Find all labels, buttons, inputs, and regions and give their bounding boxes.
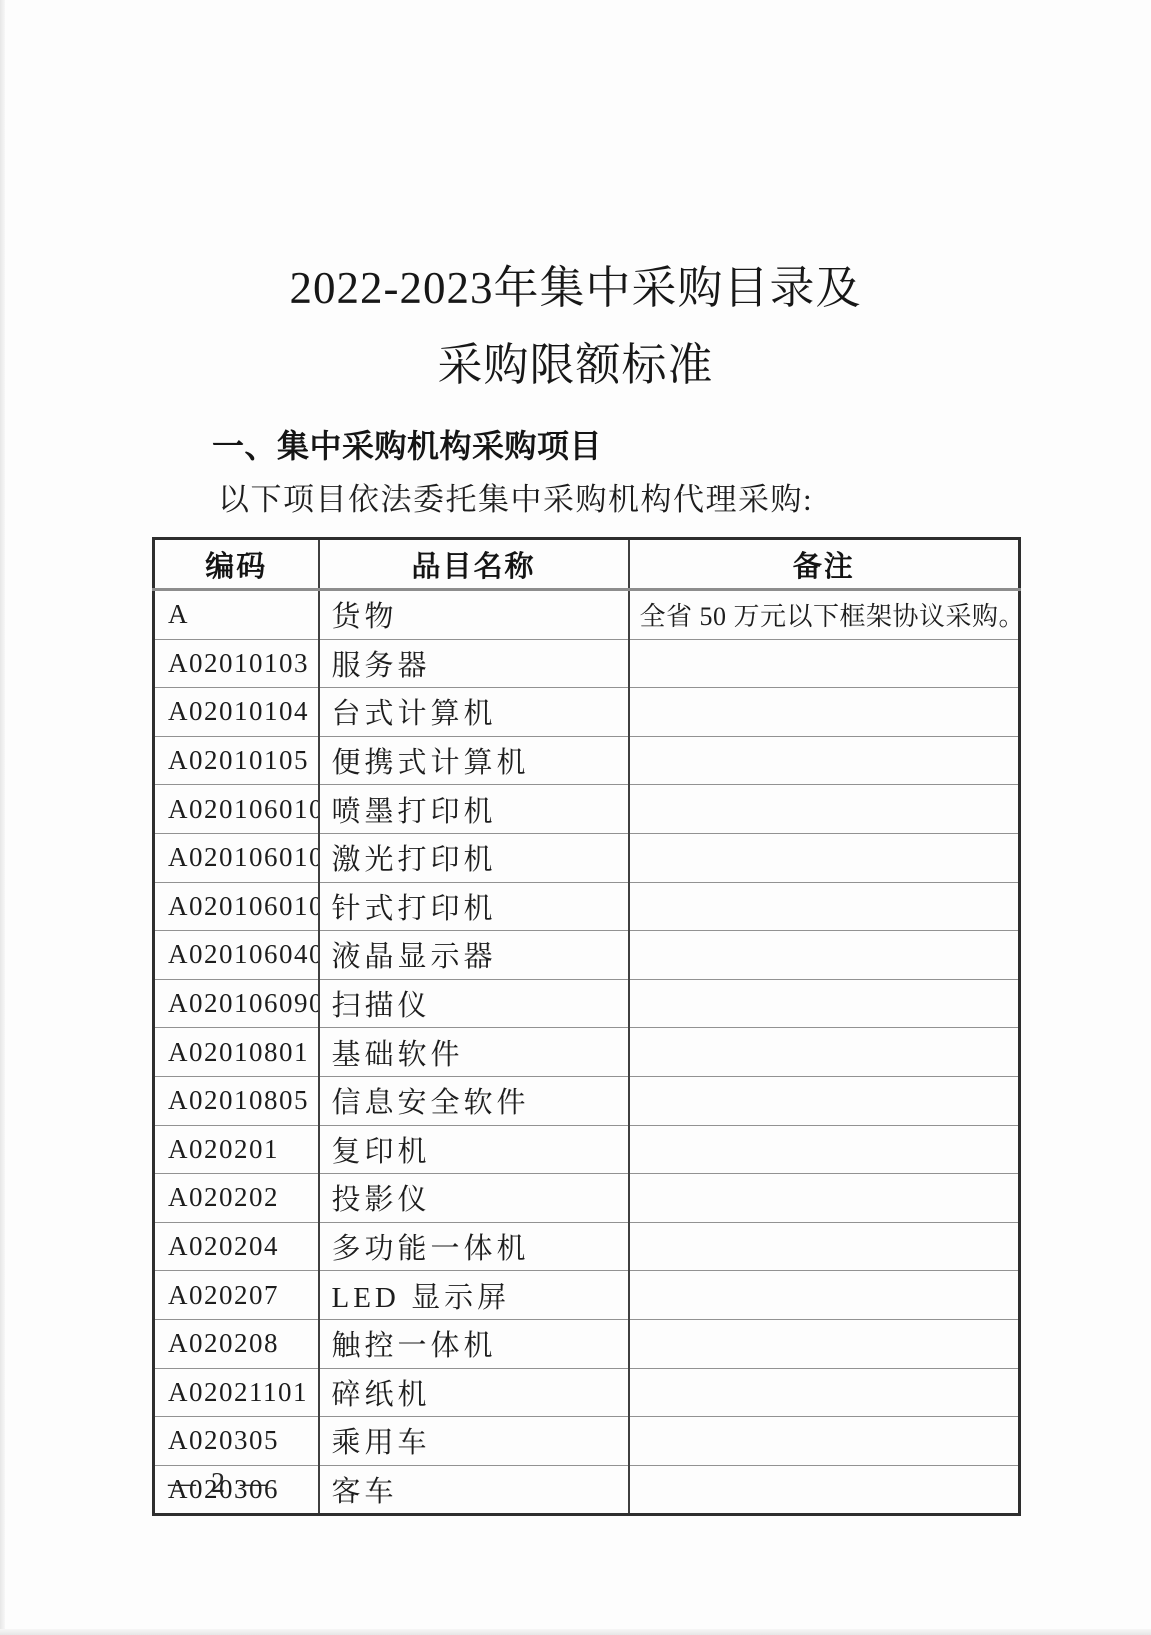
cell-remark <box>629 1417 1020 1466</box>
column-header-code: 编码 <box>154 539 319 590</box>
cell-remark <box>629 1368 1020 1417</box>
cell-remark <box>629 1125 1020 1174</box>
document-title-line1: 2022-2023年集中采购目录及 <box>0 250 1151 327</box>
cell-name: 触控一体机 <box>319 1319 629 1368</box>
table-row: A020305乘用车 <box>154 1417 1020 1466</box>
cell-code: A0201060104 <box>154 882 319 931</box>
table-row: A货物全省 50 万元以下框架协议采购。 <box>154 590 1020 640</box>
cell-name: 多功能一体机 <box>319 1222 629 1271</box>
table-row: A02021101碎纸机 <box>154 1368 1020 1417</box>
table-row: A020208触控一体机 <box>154 1319 1020 1368</box>
table-row: A020207LED 显示屏 <box>154 1271 1020 1320</box>
cell-name: 基础软件 <box>319 1028 629 1077</box>
cell-remark <box>629 1271 1020 1320</box>
page-edge-left <box>0 0 5 1635</box>
table-row: A020306客车 <box>154 1465 1020 1515</box>
cell-name: 乘用车 <box>319 1417 629 1466</box>
cell-remark <box>629 688 1020 737</box>
section-heading: 一、集中采购机构采购项目 <box>212 426 602 466</box>
table-row: A02010104台式计算机 <box>154 688 1020 737</box>
cell-remark <box>629 639 1020 688</box>
cell-name: LED 显示屏 <box>319 1271 629 1320</box>
table-row: A020202投影仪 <box>154 1174 1020 1223</box>
cell-name: 激光打印机 <box>319 833 629 882</box>
document-title-line2: 采购限额标准 <box>0 327 1151 404</box>
table-row: A02010103服务器 <box>154 639 1020 688</box>
cell-code: A02010103 <box>154 639 319 688</box>
cell-name: 碎纸机 <box>319 1368 629 1417</box>
table-row: A02010805信息安全软件 <box>154 1076 1020 1125</box>
cell-remark <box>629 736 1020 785</box>
cell-remark <box>629 1076 1020 1125</box>
cell-code: A020204 <box>154 1222 319 1271</box>
table-row: A02010105便携式计算机 <box>154 736 1020 785</box>
table-row: A0201060401液晶显示器 <box>154 931 1020 980</box>
cell-code: A0201060102 <box>154 833 319 882</box>
cell-code: A020305 <box>154 1417 319 1466</box>
column-header-name: 品目名称 <box>319 539 629 590</box>
table-row: A0201060101喷墨打印机 <box>154 785 1020 834</box>
cell-remark <box>629 1465 1020 1515</box>
procurement-catalog-table: 编码 品目名称 备注 A货物全省 50 万元以下框架协议采购。A02010103… <box>152 537 1021 1516</box>
cell-remark <box>629 1319 1020 1368</box>
cell-code: A02021101 <box>154 1368 319 1417</box>
table-row: A020201复印机 <box>154 1125 1020 1174</box>
cell-code: A02010801 <box>154 1028 319 1077</box>
cell-remark <box>629 979 1020 1028</box>
cell-name: 扫描仪 <box>319 979 629 1028</box>
cell-code: A020208 <box>154 1319 319 1368</box>
cell-remark <box>629 785 1020 834</box>
cell-remark <box>629 1222 1020 1271</box>
cell-code: A0201060901 <box>154 979 319 1028</box>
cell-name: 喷墨打印机 <box>319 785 629 834</box>
cell-code: A02010104 <box>154 688 319 737</box>
cell-name: 客车 <box>319 1465 629 1515</box>
cell-name: 针式打印机 <box>319 882 629 931</box>
cell-code: A0201060101 <box>154 785 319 834</box>
cell-code: A020201 <box>154 1125 319 1174</box>
cell-remark: 全省 50 万元以下框架协议采购。 <box>629 590 1020 640</box>
column-header-remark: 备注 <box>629 539 1020 590</box>
cell-name: 复印机 <box>319 1125 629 1174</box>
cell-code: A020202 <box>154 1174 319 1223</box>
cell-remark <box>629 833 1020 882</box>
cell-name: 货物 <box>319 590 629 640</box>
table-row: A02010801基础软件 <box>154 1028 1020 1077</box>
cell-remark <box>629 1174 1020 1223</box>
cell-remark <box>629 1028 1020 1077</box>
document-title: 2022-2023年集中采购目录及 采购限额标准 <box>0 250 1151 404</box>
cell-name: 服务器 <box>319 639 629 688</box>
cell-name: 台式计算机 <box>319 688 629 737</box>
cell-name: 液晶显示器 <box>319 931 629 980</box>
cell-code: A02010105 <box>154 736 319 785</box>
cell-code: A0201060401 <box>154 931 319 980</box>
table-row: A0201060104针式打印机 <box>154 882 1020 931</box>
cell-code: A <box>154 590 319 640</box>
cell-code: A02010805 <box>154 1076 319 1125</box>
cell-remark <box>629 931 1020 980</box>
table-row: A0201060102激光打印机 <box>154 833 1020 882</box>
cell-code: A020207 <box>154 1271 319 1320</box>
intro-text: 以下项目依法委托集中采购机构代理采购: <box>218 481 813 519</box>
document-page: 2022-2023年集中采购目录及 采购限额标准 一、集中采购机构采购项目 以下… <box>0 0 1151 1635</box>
page-number: — 2 — <box>168 1468 272 1500</box>
page-edge-bottom <box>0 1629 1151 1635</box>
cell-name: 投影仪 <box>319 1174 629 1223</box>
table-row: A020204多功能一体机 <box>154 1222 1020 1271</box>
cell-name: 信息安全软件 <box>319 1076 629 1125</box>
cell-remark <box>629 882 1020 931</box>
table-header-row: 编码 品目名称 备注 <box>154 539 1020 590</box>
cell-name: 便携式计算机 <box>319 736 629 785</box>
table-row: A0201060901扫描仪 <box>154 979 1020 1028</box>
